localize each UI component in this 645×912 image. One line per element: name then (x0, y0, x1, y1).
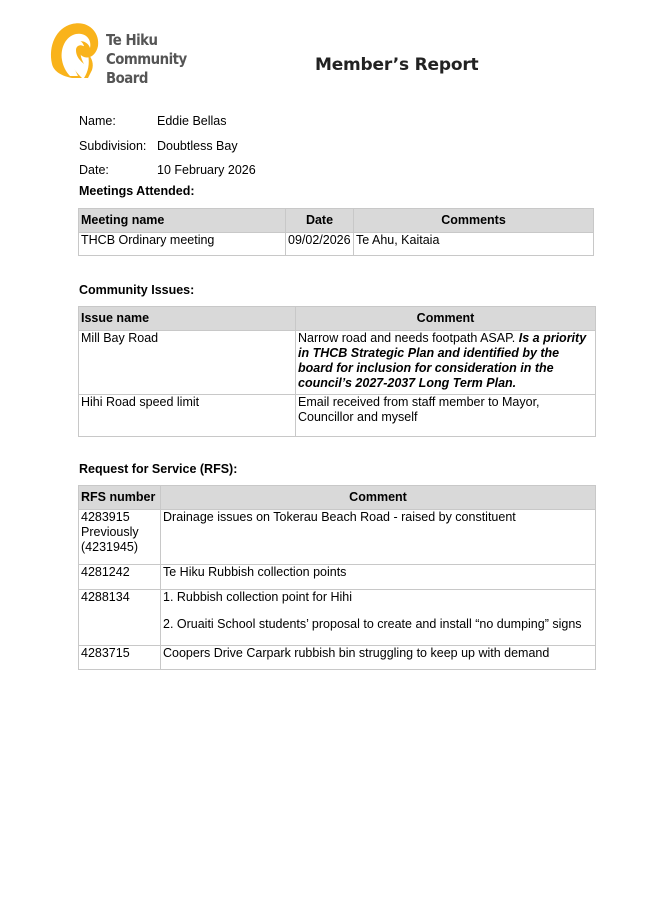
rfs-comment: 1. Rubbish collection point for Hihi 2. … (161, 590, 596, 646)
rfs-number: 4281242 (79, 565, 161, 590)
table-row: 4283915 Previously (4231945) Drainage is… (79, 510, 596, 565)
table-header-row: Meeting name Date Comments (79, 209, 594, 233)
issue-name: Hihi Road speed limit (79, 395, 296, 437)
meeting-comments: Te Ahu, Kaitaia (354, 233, 594, 256)
issue-comment: Email received from staff member to Mayo… (296, 395, 596, 437)
member-info: Name: Eddie Bellas Subdivision: Doubtles… (79, 114, 256, 188)
column-header: Issue name (79, 307, 296, 331)
column-header: Comment (296, 307, 596, 331)
table-row: 4288134 1. Rubbish collection point for … (79, 590, 596, 646)
report-title: Member’s Report (315, 55, 478, 75)
name-value: Eddie Bellas (157, 114, 227, 139)
logo-text: Te Hiku Community Board (106, 31, 209, 88)
name-label: Name: (79, 114, 157, 139)
rfs-heading: Request for Service (RFS): (79, 462, 237, 476)
name-row: Name: Eddie Bellas (79, 114, 256, 139)
issues-table: Issue name Comment Mill Bay Road Narrow … (78, 306, 596, 437)
issue-name: Mill Bay Road (79, 331, 296, 395)
subdivision-row: Subdivision: Doubtless Bay (79, 139, 256, 164)
meeting-name: THCB Ordinary meeting (79, 233, 286, 256)
meeting-date: 09/02/2026 (286, 233, 354, 256)
comment-item-1: 1. Rubbish collection point for Hihi (163, 590, 593, 605)
rfs-number: 4283915 Previously (4231945) (79, 510, 161, 565)
logo-line-2: Community Board (106, 50, 209, 88)
comment-item-2: 2. Oruaiti School students’ proposal to … (163, 617, 593, 632)
column-header: RFS number (79, 486, 161, 510)
column-header: Comments (354, 209, 594, 233)
column-header: Meeting name (79, 209, 286, 233)
column-header: Date (286, 209, 354, 233)
subdivision-label: Subdivision: (79, 139, 157, 164)
table-header-row: RFS number Comment (79, 486, 596, 510)
meetings-heading: Meetings Attended: (79, 184, 195, 198)
column-header: Comment (161, 486, 596, 510)
table-row: Mill Bay Road Narrow road and needs foot… (79, 331, 596, 395)
table-row: 4283715 Coopers Drive Carpark rubbish bi… (79, 646, 596, 670)
comment-text: Email received from staff member to Mayo… (298, 395, 540, 424)
table-row: THCB Ordinary meeting 09/02/2026 Te Ahu,… (79, 233, 594, 256)
meetings-table: Meeting name Date Comments THCB Ordinary… (78, 208, 594, 256)
comment-text: Narrow road and needs footpath ASAP. (298, 331, 519, 345)
issue-comment: Narrow road and needs footpath ASAP. Is … (296, 331, 596, 395)
te-hiku-community-board-logo: Te Hiku Community Board (46, 20, 226, 80)
koru-logo-icon (46, 20, 104, 80)
subdivision-value: Doubtless Bay (157, 139, 238, 164)
rfs-comment: Drainage issues on Tokerau Beach Road - … (161, 510, 596, 565)
table-row: Hihi Road speed limit Email received fro… (79, 395, 596, 437)
table-row: 4281242 Te Hiku Rubbish collection point… (79, 565, 596, 590)
logo-line-1: Te Hiku (106, 31, 209, 50)
rfs-number: 4283715 (79, 646, 161, 670)
table-header-row: Issue name Comment (79, 307, 596, 331)
issues-heading: Community Issues: (79, 283, 194, 297)
rfs-comment: Coopers Drive Carpark rubbish bin strugg… (161, 646, 596, 670)
rfs-number: 4288134 (79, 590, 161, 646)
rfs-table: RFS number Comment 4283915 Previously (4… (78, 485, 596, 670)
rfs-comment: Te Hiku Rubbish collection points (161, 565, 596, 590)
